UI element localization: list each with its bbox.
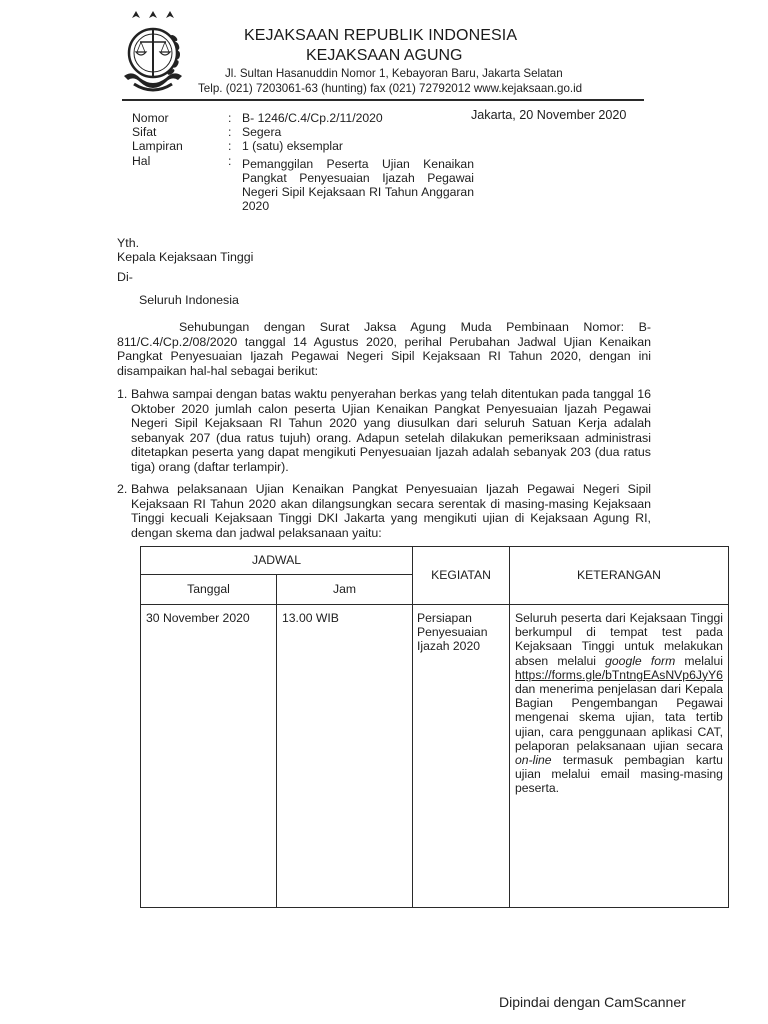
meta-value: 1 (satu) eksemplar [242, 139, 474, 153]
letterhead-divider [122, 99, 644, 101]
meta-label: Hal [132, 154, 228, 214]
header-tanggal: Tanggal [141, 575, 277, 605]
header-jadwal: JADWAL [141, 547, 413, 575]
meta-label: Sifat [132, 125, 228, 139]
keterangan-text: dan menerima penjelasan dari Kepala Bagi… [515, 682, 723, 753]
opening-paragraph: Sehubungan dengan Surat Jaksa Agung Muda… [117, 320, 651, 378]
keterangan-online: on-line [515, 753, 552, 767]
point-2: 2. Bahwa pelaksanaan Ujian Kenaikan Pang… [117, 482, 651, 540]
point-number: 1. [117, 387, 127, 402]
keterangan-text: melalui [675, 654, 723, 668]
meta-value: B- 1246/C.4/Cp.2/11/2020 [242, 111, 474, 125]
table-row: 30 November 2020 13.00 WIB Persiapan Pen… [141, 605, 729, 908]
letter-meta: Nomor : B- 1246/C.4/Cp.2/11/2020 Sifat :… [132, 111, 474, 213]
meta-lampiran: Lampiran : 1 (satu) eksemplar [132, 139, 474, 153]
schedule-table: JADWAL KEGIATAN KETERANGAN Tanggal Jam 3… [140, 546, 729, 908]
opening-paragraph-text: Sehubungan dengan Surat Jaksa Agung Muda… [117, 320, 651, 378]
cell-keterangan: Seluruh peserta dari Kejaksaan Tinggi be… [510, 605, 729, 908]
meta-value: Segera [242, 125, 474, 139]
meta-label: Lampiran [132, 139, 228, 153]
cell-jam: 13.00 WIB [277, 605, 413, 908]
point-text: Bahwa sampai dengan batas waktu penyerah… [131, 387, 651, 475]
org-name-line2: KEJAKSAAN AGUNG [306, 47, 463, 65]
meta-label: Nomor [132, 111, 228, 125]
salutation-yth: Yth. [117, 236, 139, 251]
camscanner-watermark: Dipindai dengan CamScanner [499, 994, 686, 1010]
org-name-line1: KEJAKSAAN REPUBLIK INDONESIA [244, 27, 517, 45]
meta-colon: : [228, 125, 242, 139]
meta-sifat: Sifat : Segera [132, 125, 474, 139]
cell-kegiatan: Persiapan Penyesuaian Ijazah 2020 [413, 605, 510, 908]
point-1: 1. Bahwa sampai dengan batas waktu penye… [117, 387, 651, 475]
recipient: Kepala Kejaksaan Tinggi [117, 250, 253, 265]
org-contact: Telp. (021) 7203061-63 (hunting) fax (02… [198, 82, 582, 95]
place-date: Jakarta, 20 November 2020 [471, 108, 626, 122]
meta-colon: : [228, 154, 242, 214]
header-kegiatan: KEGIATAN [413, 547, 510, 605]
cell-tanggal: 30 November 2020 [141, 605, 277, 908]
header-jam: Jam [277, 575, 413, 605]
meta-value: Pemanggilan Peserta Ujian Kenaikan Pangk… [242, 157, 474, 214]
point-text: Bahwa pelaksanaan Ujian Kenaikan Pangkat… [131, 482, 651, 540]
recipient-location: Seluruh Indonesia [139, 293, 239, 308]
recipient-di: Di- [117, 270, 133, 285]
meta-nomor: Nomor : B- 1246/C.4/Cp.2/11/2020 [132, 111, 474, 125]
kejaksaan-emblem-icon [122, 6, 208, 96]
meta-colon: : [228, 111, 242, 125]
org-address: Jl. Sultan Hasanuddin Nomor 1, Kebayoran… [225, 67, 563, 80]
header-keterangan: KETERANGAN [510, 547, 729, 605]
meta-colon: : [228, 139, 242, 153]
google-form-link[interactable]: https://forms.gle/bTntngEAsNVp6JyY6 [515, 668, 723, 682]
keterangan-google-form: google form [605, 654, 675, 668]
point-number: 2. [117, 482, 127, 497]
meta-hal: Hal : Pemanggilan Peserta Ujian Kenaikan… [132, 154, 474, 214]
